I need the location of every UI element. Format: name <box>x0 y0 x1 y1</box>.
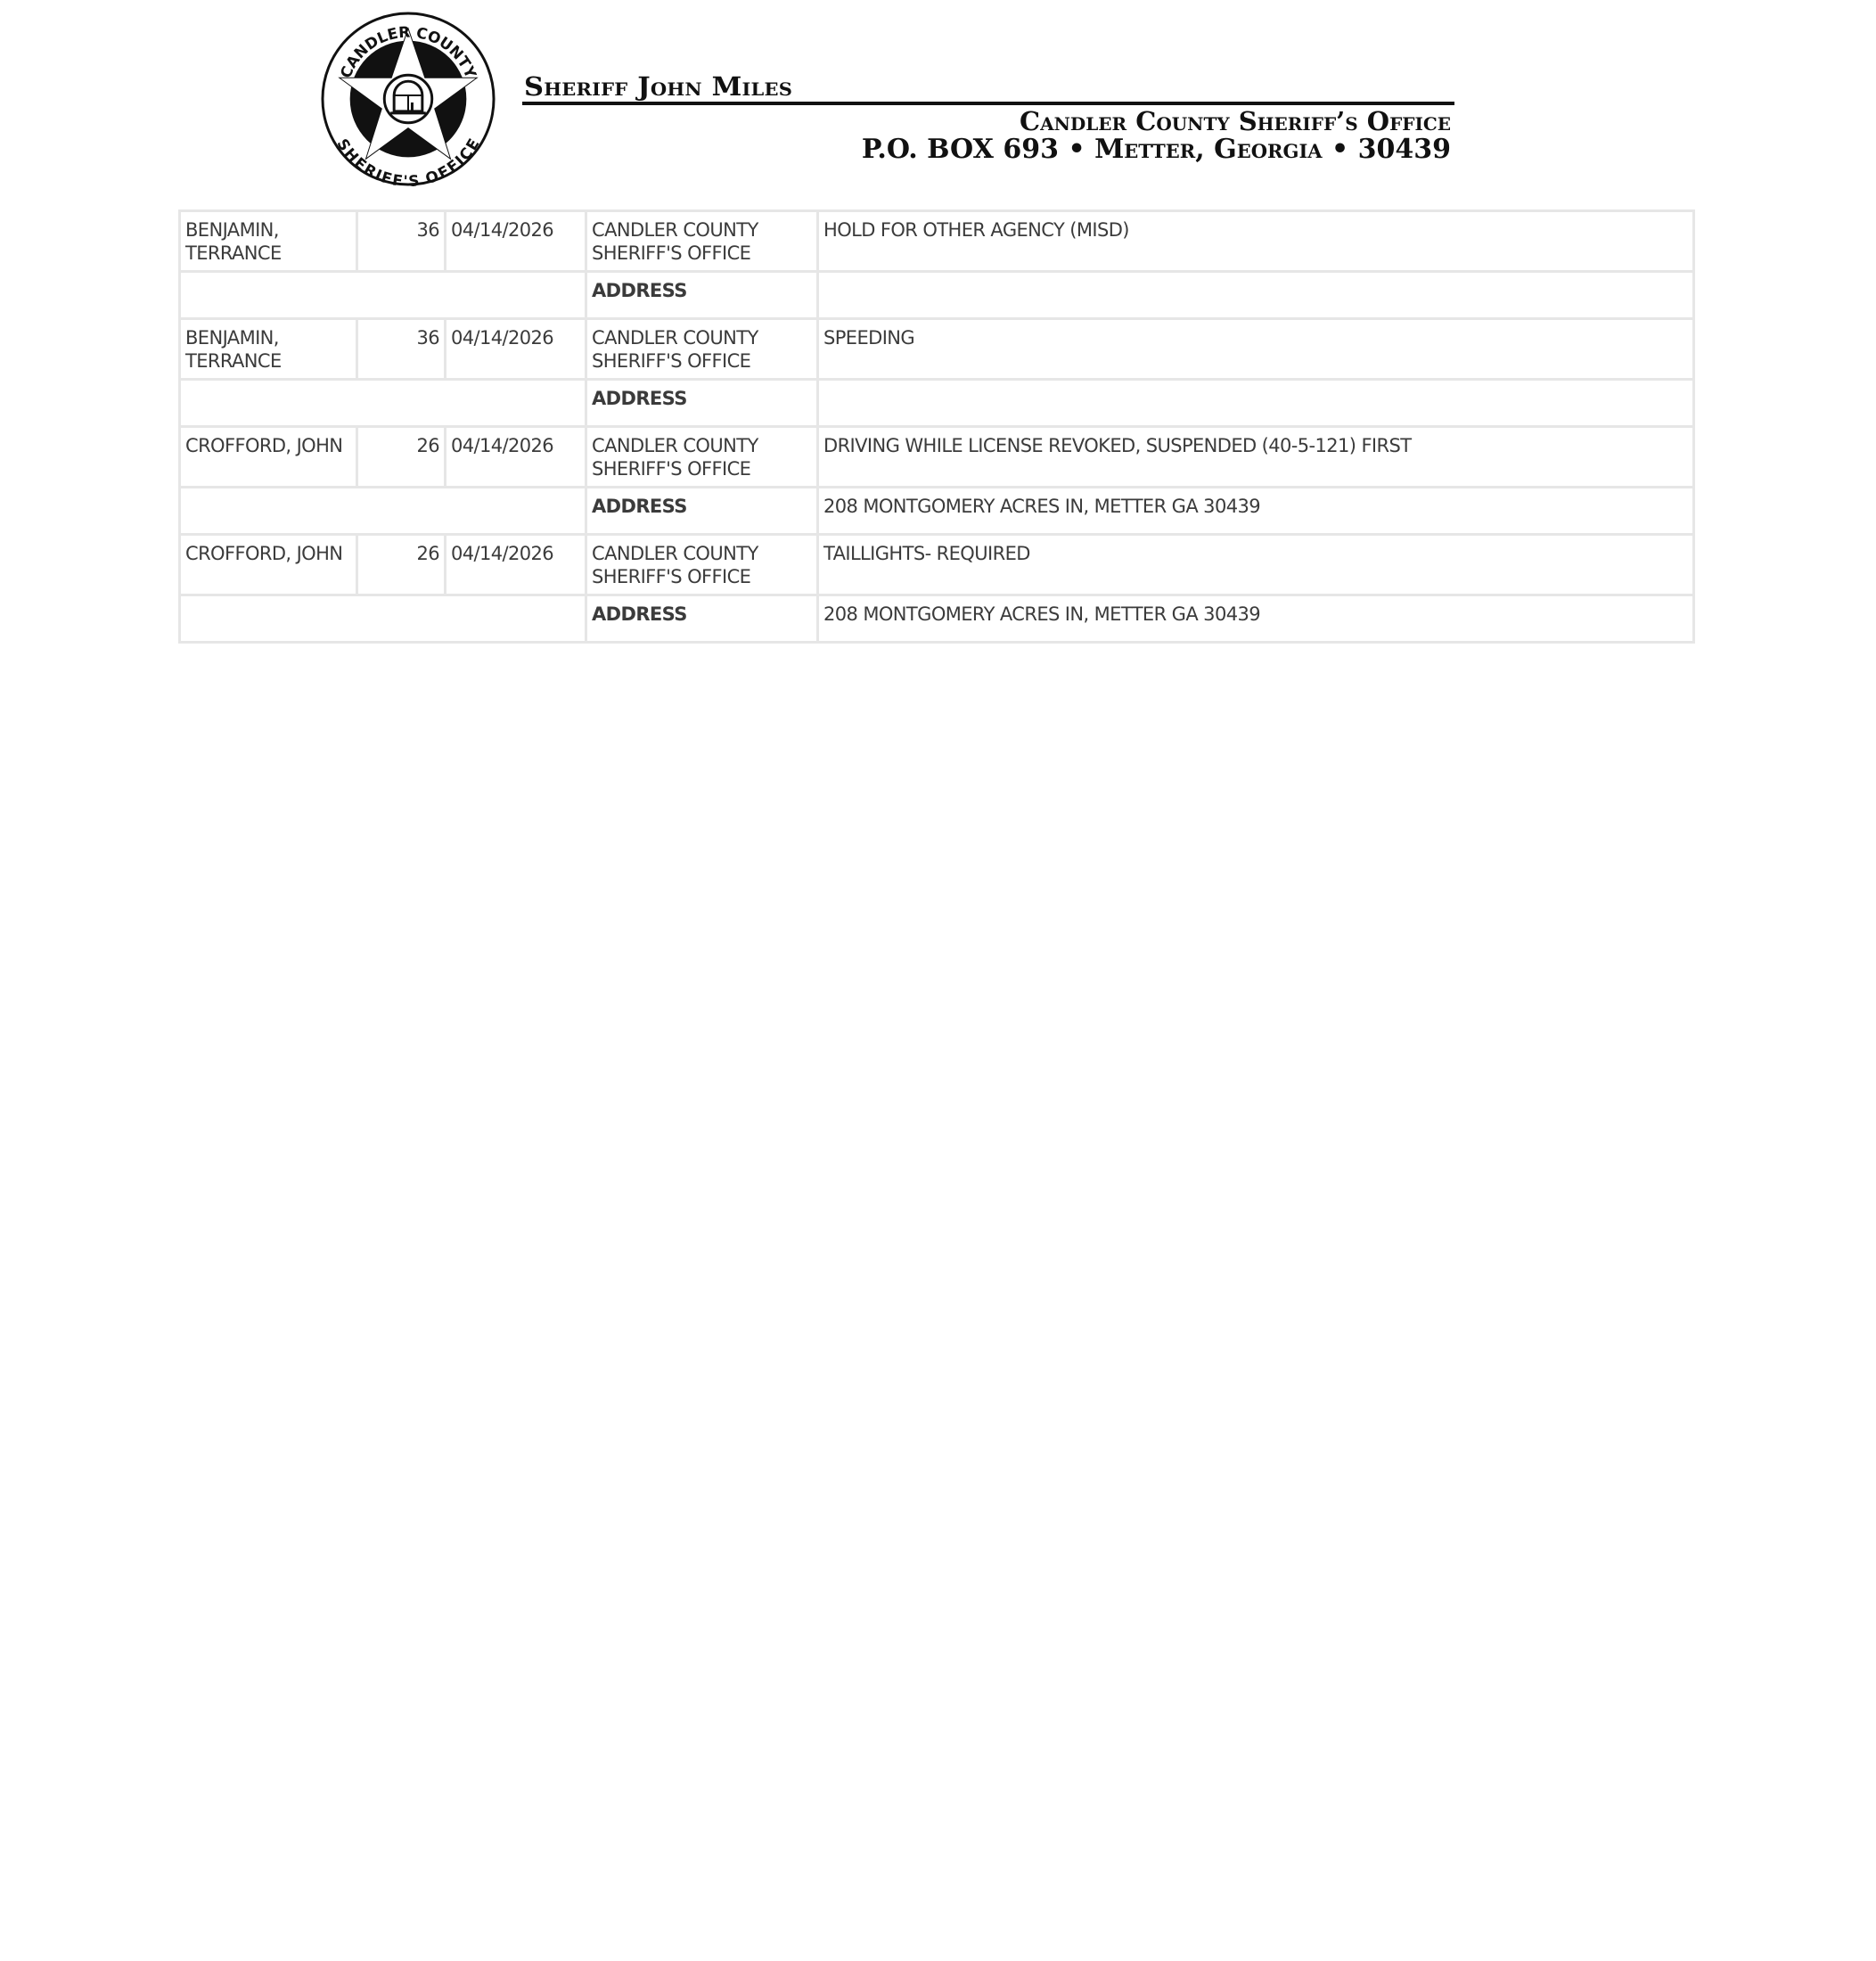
date-cell: 04/14/2026 <box>446 427 586 488</box>
address-row: ADDRESS <box>180 272 1694 319</box>
address-label: ADDRESS <box>586 380 818 427</box>
age-cell: 26 <box>357 535 446 595</box>
charge-cell: SPEEDING <box>818 319 1694 380</box>
table-row: BENJAMIN, TERRANCE 36 04/14/2026 CANDLER… <box>180 319 1694 380</box>
table-row: CROFFORD, JOHN 26 04/14/2026 CANDLER COU… <box>180 535 1694 595</box>
agency-cell: CANDLER COUNTY SHERIFF'S OFFICE <box>586 319 818 380</box>
address-cell: 208 MONTGOMERY ACRES IN, METTER GA 30439 <box>818 595 1694 643</box>
address-label: ADDRESS <box>586 488 818 535</box>
address-spacer-cell <box>180 380 586 427</box>
charge-cell: DRIVING WHILE LICENSE REVOKED, SUSPENDED… <box>818 427 1694 488</box>
office-address: P.O. BOX 693 • Metter, Georgia • 30439 <box>862 134 1451 165</box>
table-row: BENJAMIN, TERRANCE 36 04/14/2026 CANDLER… <box>180 211 1694 272</box>
charge-cell: HOLD FOR OTHER AGENCY (MISD) <box>818 211 1694 272</box>
age-cell: 26 <box>357 427 446 488</box>
name-cell: BENJAMIN, TERRANCE <box>180 319 357 380</box>
address-spacer-cell <box>180 272 586 319</box>
name-cell: CROFFORD, JOHN <box>180 427 357 488</box>
date-cell: 04/14/2026 <box>446 319 586 380</box>
age-cell: 36 <box>357 211 446 272</box>
name-cell: CROFFORD, JOHN <box>180 535 357 595</box>
address-cell <box>818 380 1694 427</box>
booking-report-table: BENJAMIN, TERRANCE 36 04/14/2026 CANDLER… <box>178 209 1695 644</box>
agency-cell: CANDLER COUNTY SHERIFF'S OFFICE <box>586 427 818 488</box>
charge-cell: TAILLIGHTS- REQUIRED <box>818 535 1694 595</box>
sheriff-name: Sheriff John Miles <box>524 71 792 102</box>
address-label: ADDRESS <box>586 272 818 319</box>
letterhead-rule <box>522 102 1454 105</box>
address-cell <box>818 272 1694 319</box>
address-cell: 208 MONTGOMERY ACRES IN, METTER GA 30439 <box>818 488 1694 535</box>
address-row: ADDRESS 208 MONTGOMERY ACRES IN, METTER … <box>180 488 1694 535</box>
address-spacer-cell <box>180 595 586 643</box>
address-row: ADDRESS 208 MONTGOMERY ACRES IN, METTER … <box>180 595 1694 643</box>
agency-cell: CANDLER COUNTY SHERIFF'S OFFICE <box>586 211 818 272</box>
name-cell: BENJAMIN, TERRANCE <box>180 211 357 272</box>
address-spacer-cell <box>180 488 586 535</box>
address-label: ADDRESS <box>586 595 818 643</box>
agency-cell: CANDLER COUNTY SHERIFF'S OFFICE <box>586 535 818 595</box>
table-row: CROFFORD, JOHN 26 04/14/2026 CANDLER COU… <box>180 427 1694 488</box>
sheriff-seal-logo: CANDLER COUNTY SHERIFF'S OFFICE <box>320 11 496 187</box>
date-cell: 04/14/2026 <box>446 535 586 595</box>
date-cell: 04/14/2026 <box>446 211 586 272</box>
age-cell: 36 <box>357 319 446 380</box>
address-row: ADDRESS <box>180 380 1694 427</box>
office-name: Candler County Sheriff’s Office <box>1020 106 1451 136</box>
